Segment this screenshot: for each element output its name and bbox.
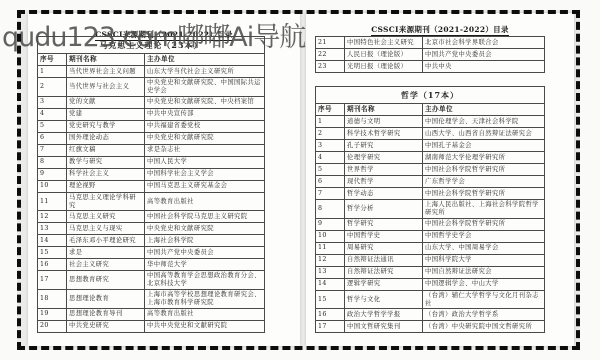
table-row: 6国外理论动态中央党史和文献研究院	[38, 132, 265, 144]
column-header: 序号	[38, 54, 67, 66]
table-cell: 14	[316, 278, 345, 290]
table-cell: 中央党史和文献研究院、中央档案馆	[145, 96, 265, 108]
table-cell: 政治大学哲学学报	[345, 309, 423, 321]
table-cell: 20	[38, 320, 67, 332]
table-cell: 华中师范大学	[145, 259, 265, 271]
table-cell: 中央党史和文献研究院、中国国际共运史学会	[145, 78, 265, 97]
table-cell: 16	[38, 259, 67, 271]
table-row: 23光明日报（理论版）中共中央	[316, 61, 545, 73]
page-title-text: CSSCI来源期刊（2021-2022）目录	[371, 25, 509, 36]
table-cell: 现代哲学	[345, 176, 423, 188]
table-cell: 18	[38, 290, 67, 309]
table-cell: 15	[316, 290, 345, 309]
table-row: 11周易研究山东大学、中国周易学会	[316, 242, 545, 254]
table-cell: 中国社会科学院哲学研究所	[423, 218, 545, 230]
table-row: 14毛泽东邓小平理论研究上海社会科学院	[38, 235, 265, 247]
table-cell: 中国哲学史	[345, 230, 423, 242]
table-cell: 中国人民大学	[145, 156, 265, 168]
table-row: 2科学技术哲学研究山西大学、山西省自然辩证法研究会	[316, 128, 545, 140]
table-cell: 周易研究	[345, 242, 423, 254]
table-cell: 马克思主义与现实	[67, 223, 145, 235]
table-cell: 哲学动态	[345, 188, 423, 200]
table-row: 10中国哲学史中国哲学史学会	[316, 230, 545, 242]
table-row: 1道德与文明中国伦理学会、天津社会科学院	[316, 116, 545, 128]
table-cell: 8	[316, 200, 345, 219]
section-caption-row: 马克思主义理论（23本）	[38, 37, 265, 54]
table-cell: 6	[316, 176, 345, 188]
table-cell: 10	[316, 230, 345, 242]
table-cell: 23	[316, 61, 345, 73]
table-cell: 1	[316, 116, 345, 128]
table-cell: 逻辑学研究	[345, 278, 423, 290]
table-cell: 当代世界与社会主义	[67, 78, 145, 97]
table-cell: 上海人民出版社、上海社会科学院哲学研究所	[423, 200, 545, 219]
table-cell: 1	[38, 66, 67, 78]
table-row: 19思想理论教育导刊高等教育出版社	[38, 308, 265, 320]
table-cell: 8	[38, 156, 67, 168]
table-row: 3孔子研究中国孔子基金会	[316, 140, 545, 152]
column-header: 期刊名称	[67, 54, 145, 66]
table-cell: 自然辩证法通讯	[345, 254, 423, 266]
table-cell: 9	[316, 218, 345, 230]
table-cell: 上海社会科学院	[145, 235, 265, 247]
table-cell: 5	[316, 164, 345, 176]
scanned-document: CSSCI来源期刊（2021-2022）目录 马克思主义理论（23本） 序号期刊…	[0, 0, 600, 360]
table-row: 4伦理学研究湖南师范大学伦理学研究所	[316, 152, 545, 164]
column-header: 主办单位	[145, 54, 265, 66]
section-title: 哲学（17本）	[316, 87, 545, 104]
table-cell: 6	[38, 132, 67, 144]
table-row: 8教学与研究中国人民大学	[38, 156, 265, 168]
table-cell: 11	[38, 192, 67, 211]
table-cell: 中国共产党中央委员会	[423, 49, 545, 61]
table-cell: 中国共产党中央委员会	[145, 247, 265, 259]
table-cell: 中国科学社会主义学会	[145, 168, 265, 180]
table-row: 13自然辩证法研究中国自然辩证法研究会	[316, 266, 545, 278]
table-cell: 中国社会科学院哲学研究所	[423, 188, 545, 200]
table-cell: 中国孔子基金会	[423, 140, 545, 152]
table-row: 5世界哲学中国社会科学院哲学研究所	[316, 164, 545, 176]
column-header: 主办单位	[423, 104, 545, 116]
table-cell: 12	[316, 254, 345, 266]
table-cell: 马克思主义理论学科研究	[67, 192, 145, 211]
table-row: 10理论视野中国马克思主义研究基金会	[38, 180, 265, 192]
philosophy-table: 哲学（17本） 序号期刊名称主办单位 1道德与文明中国伦理学会、天津社会科学院2…	[315, 86, 545, 333]
marxism-theory-table: 马克思主义理论（23本） 序号期刊名称主办单位 1当代世界社会主义问题山东大学当…	[37, 36, 265, 333]
table-cell: 10	[38, 180, 67, 192]
table-cell: 16	[316, 309, 345, 321]
page-right: CSSCI来源期刊（2021-2022）目录 21中国特色社会主义研究北京市社会…	[306, 13, 574, 346]
table-cell: 14	[38, 235, 67, 247]
table-cell: 2	[38, 78, 67, 97]
table-cell: 中共中央宣传部	[145, 108, 265, 120]
table-cell: 11	[316, 242, 345, 254]
table-cell: 中国伦理学会、天津社会科学院	[423, 116, 545, 128]
table-cell: 国外理论动态	[67, 132, 145, 144]
table-cell: 3	[316, 140, 345, 152]
table-cell: 5	[38, 120, 67, 132]
table-row: 13马克思主义与现实中央党史和文献研究院	[38, 223, 265, 235]
table-cell: 思想理论教育	[67, 290, 145, 309]
table-cell: 12	[38, 211, 67, 223]
table-cell: 世界哲学	[345, 164, 423, 176]
table-cell: 哲学分析	[345, 200, 423, 219]
table-row: 17中国文哲研究集刊（台湾）中央研究院中国文哲研究所	[316, 321, 545, 333]
table-cell: 孔子研究	[345, 140, 423, 152]
table-cell: 15	[38, 247, 67, 259]
table-cell: 求是	[67, 247, 145, 259]
table-cell: 4	[38, 108, 67, 120]
table-cell: 中国文哲研究集刊	[345, 321, 423, 333]
table-cell: 科学社会主义	[67, 168, 145, 180]
table-cell: 7	[316, 188, 345, 200]
table-row: 9科学社会主义中国科学社会主义学会	[38, 168, 265, 180]
table-cell: （台湾）政治大学哲学系	[423, 309, 545, 321]
table-cell: 党建	[67, 108, 145, 120]
page-title: CSSCI来源期刊（2021-2022）目录	[306, 24, 574, 35]
table-cell: 13	[38, 223, 67, 235]
table-row: 5党史研究与教学中共福建省委党校	[38, 120, 265, 132]
table-cell: （台湾）辅仁大学哲学与文化月刊杂志社	[423, 290, 545, 309]
table-cell: 13	[316, 266, 345, 278]
table-cell: 2	[316, 128, 345, 140]
table-cell: 人民日报（理论版）	[345, 49, 423, 61]
table-cell: 中国哲学史学会	[423, 230, 545, 242]
table-cell: 中共福建省委党校	[145, 120, 265, 132]
table-row: 1当代世界社会主义问题山东大学当代社会主义研究所	[38, 66, 265, 78]
table-cell: 红旗文稿	[67, 144, 145, 156]
table-row: 16政治大学哲学学报（台湾）政治大学哲学系	[316, 309, 545, 321]
table-row: 17思想教育研究中国高等教育学会思想政治教育分会、北京科技大学	[38, 271, 265, 290]
table-row: 22人民日报（理论版）中国共产党中央委员会	[316, 49, 545, 61]
table-row: 16社会主义研究华中师范大学	[38, 259, 265, 271]
table-cell: （台湾）中央研究院中国文哲研究所	[423, 321, 545, 333]
table-cell: 光明日报（理论版）	[345, 61, 423, 73]
table-row: 8哲学分析上海人民出版社、上海社会科学院哲学研究所	[316, 200, 545, 219]
table-cell: 22	[316, 49, 345, 61]
table-header-row: 序号期刊名称主办单位	[38, 54, 265, 66]
table-row: 14逻辑学研究中国逻辑学会、中山大学	[316, 278, 545, 290]
table-row: 4党建中共中央宣传部	[38, 108, 265, 120]
table-cell: 中共党史研究	[67, 320, 145, 332]
table-cell: 哲学与文化	[345, 290, 423, 309]
table-cell: 道德与文明	[345, 116, 423, 128]
table-cell: 19	[38, 308, 67, 320]
table-cell: 思想教育研究	[67, 271, 145, 290]
table-cell: 广东哲学学会	[423, 176, 545, 188]
table-cell: 思想理论教育导刊	[67, 308, 145, 320]
section-caption-row: 哲学（17本）	[316, 87, 545, 104]
table-cell: 3	[38, 96, 67, 108]
table-row: 18思想理论教育上海市高等学校思想理论教育研究会、上海市教育科学研究院	[38, 290, 265, 309]
table-cell: 理论视野	[67, 180, 145, 192]
table-cell: 中央党史和文献研究院	[145, 223, 265, 235]
table-cell: 湖南师范大学伦理学研究所	[423, 152, 545, 164]
table-row: 21中国特色社会主义研究北京市社会科学界联合会	[316, 37, 545, 49]
table-header-row: 序号期刊名称主办单位	[316, 104, 545, 116]
column-header: 序号	[316, 104, 345, 116]
table-row: 2当代世界与社会主义中央党史和文献研究院、中国国际共运史学会	[38, 78, 265, 97]
table-row: 12马克思主义研究中国社会科学院马克思主义研究院	[38, 211, 265, 223]
table-cell: 中国特色社会主义研究	[345, 37, 423, 49]
table-cell: 山东大学当代社会主义研究所	[145, 66, 265, 78]
table-cell: 科学技术哲学研究	[345, 128, 423, 140]
column-header: 期刊名称	[345, 104, 423, 116]
table-cell: 中国科学院大学	[423, 254, 545, 266]
table-cell: 9	[38, 168, 67, 180]
table-cell: 4	[316, 152, 345, 164]
table-cell: 中国逻辑学会、中山大学	[423, 278, 545, 290]
table-cell: 7	[38, 144, 67, 156]
table-cell: 社会主义研究	[67, 259, 145, 271]
table-cell: 21	[316, 37, 345, 49]
table-cell: 伦理学研究	[345, 152, 423, 164]
table-cell: 哲学研究	[345, 218, 423, 230]
table-cell: 山东大学、中国周易学会	[423, 242, 545, 254]
table-row: 6现代哲学广东哲学学会	[316, 176, 545, 188]
table-row: 15哲学与文化（台湾）辅仁大学哲学与文化月刊杂志社	[316, 290, 545, 309]
marxism-theory-continuation-table: 21中国特色社会主义研究北京市社会科学界联合会22人民日报（理论版）中国共产党中…	[315, 36, 545, 73]
table-cell: 高等教育出版社	[145, 308, 265, 320]
table-cell: 高等教育出版社	[145, 192, 265, 211]
table-row: 9哲学研究中国社会科学院哲学研究所	[316, 218, 545, 230]
table-cell: 自然辩证法研究	[345, 266, 423, 278]
table-cell: 党的文献	[67, 96, 145, 108]
table-row: 12自然辩证法通讯中国科学院大学	[316, 254, 545, 266]
section-title: 马克思主义理论（23本）	[38, 37, 265, 54]
table-row: 7哲学动态中国社会科学院哲学研究所	[316, 188, 545, 200]
table-cell: 山西大学、山西省自然辩证法研究会	[423, 128, 545, 140]
table-row: 7红旗文稿求是杂志社	[38, 144, 265, 156]
table-cell: 中共中央	[423, 61, 545, 73]
table-row: 15求是中国共产党中央委员会	[38, 247, 265, 259]
table-row: 11马克思主义理论学科研究高等教育出版社	[38, 192, 265, 211]
table-cell: 马克思主义研究	[67, 211, 145, 223]
table-cell: 当代世界社会主义问题	[67, 66, 145, 78]
table-row: 20中共党史研究中共中央党史和文献研究院	[38, 320, 265, 332]
table-cell: 中国社会科学院哲学研究所	[423, 164, 545, 176]
table-cell: 中国高等教育学会思想政治教育分会、北京科技大学	[145, 271, 265, 290]
table-cell: 上海市高等学校思想理论教育研究会、上海市教育科学研究院	[145, 290, 265, 309]
table-cell: 毛泽东邓小平理论研究	[67, 235, 145, 247]
table-row: 3党的文献中央党史和文献研究院、中央档案馆	[38, 96, 265, 108]
table-cell: 求是杂志社	[145, 144, 265, 156]
table-cell: 中国马克思主义研究基金会	[145, 180, 265, 192]
table-cell: 中国社会科学院马克思主义研究院	[145, 211, 265, 223]
table-cell: 中国自然辩证法研究会	[423, 266, 545, 278]
table-cell: 17	[316, 321, 345, 333]
table-cell: 中央党史和文献研究院	[145, 132, 265, 144]
page-left: CSSCI来源期刊（2021-2022）目录 马克思主义理论（23本） 序号期刊…	[28, 13, 300, 346]
table-cell: 17	[38, 271, 67, 290]
table-cell: 中共中央党史和文献研究院	[145, 320, 265, 332]
table-cell: 北京市社会科学界联合会	[423, 37, 545, 49]
table-cell: 党史研究与教学	[67, 120, 145, 132]
table-cell: 教学与研究	[67, 156, 145, 168]
